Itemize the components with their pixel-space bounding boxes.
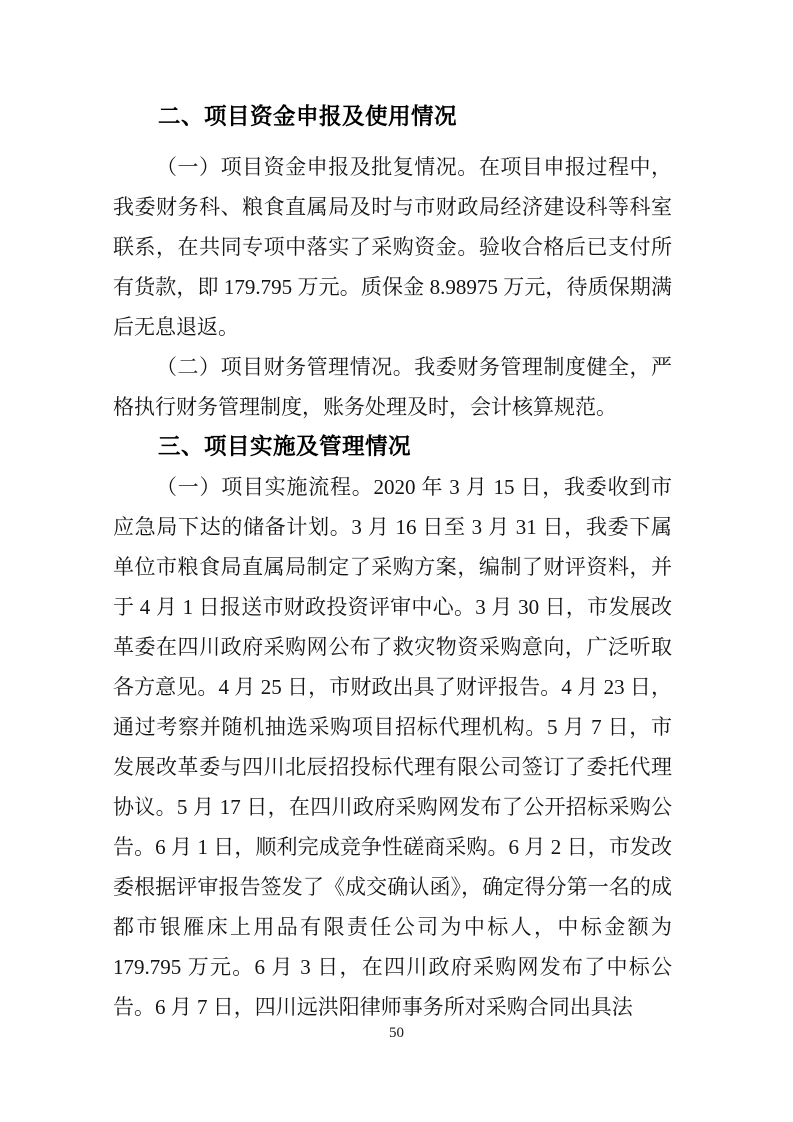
paragraph-fund-declaration-approval: （一）项目资金申报及批复情况。在项目申报过程中，我委财务科、粮食直属局及时与市财… (113, 147, 672, 347)
paragraph-financial-management: （二）项目财务管理情况。我委财务管理制度健全，严格执行财务管理制度，账务处理及时… (113, 347, 672, 427)
page-number: 50 (0, 1023, 793, 1043)
section-heading-implementation-management: 三、项目实施及管理情况 (113, 427, 672, 467)
paragraph-implementation-process: （一）项目实施流程。2020 年 3 月 15 日，我委收到市应急局下达的储备计… (113, 467, 672, 1027)
document-body: 二、项目资金申报及使用情况 （一）项目资金申报及批复情况。在项目申报过程中，我委… (113, 97, 672, 1027)
section-heading-fund-declaration: 二、项目资金申报及使用情况 (113, 97, 672, 137)
document-page: 二、项目资金申报及使用情况 （一）项目资金申报及批复情况。在项目申报过程中，我委… (0, 0, 793, 1122)
